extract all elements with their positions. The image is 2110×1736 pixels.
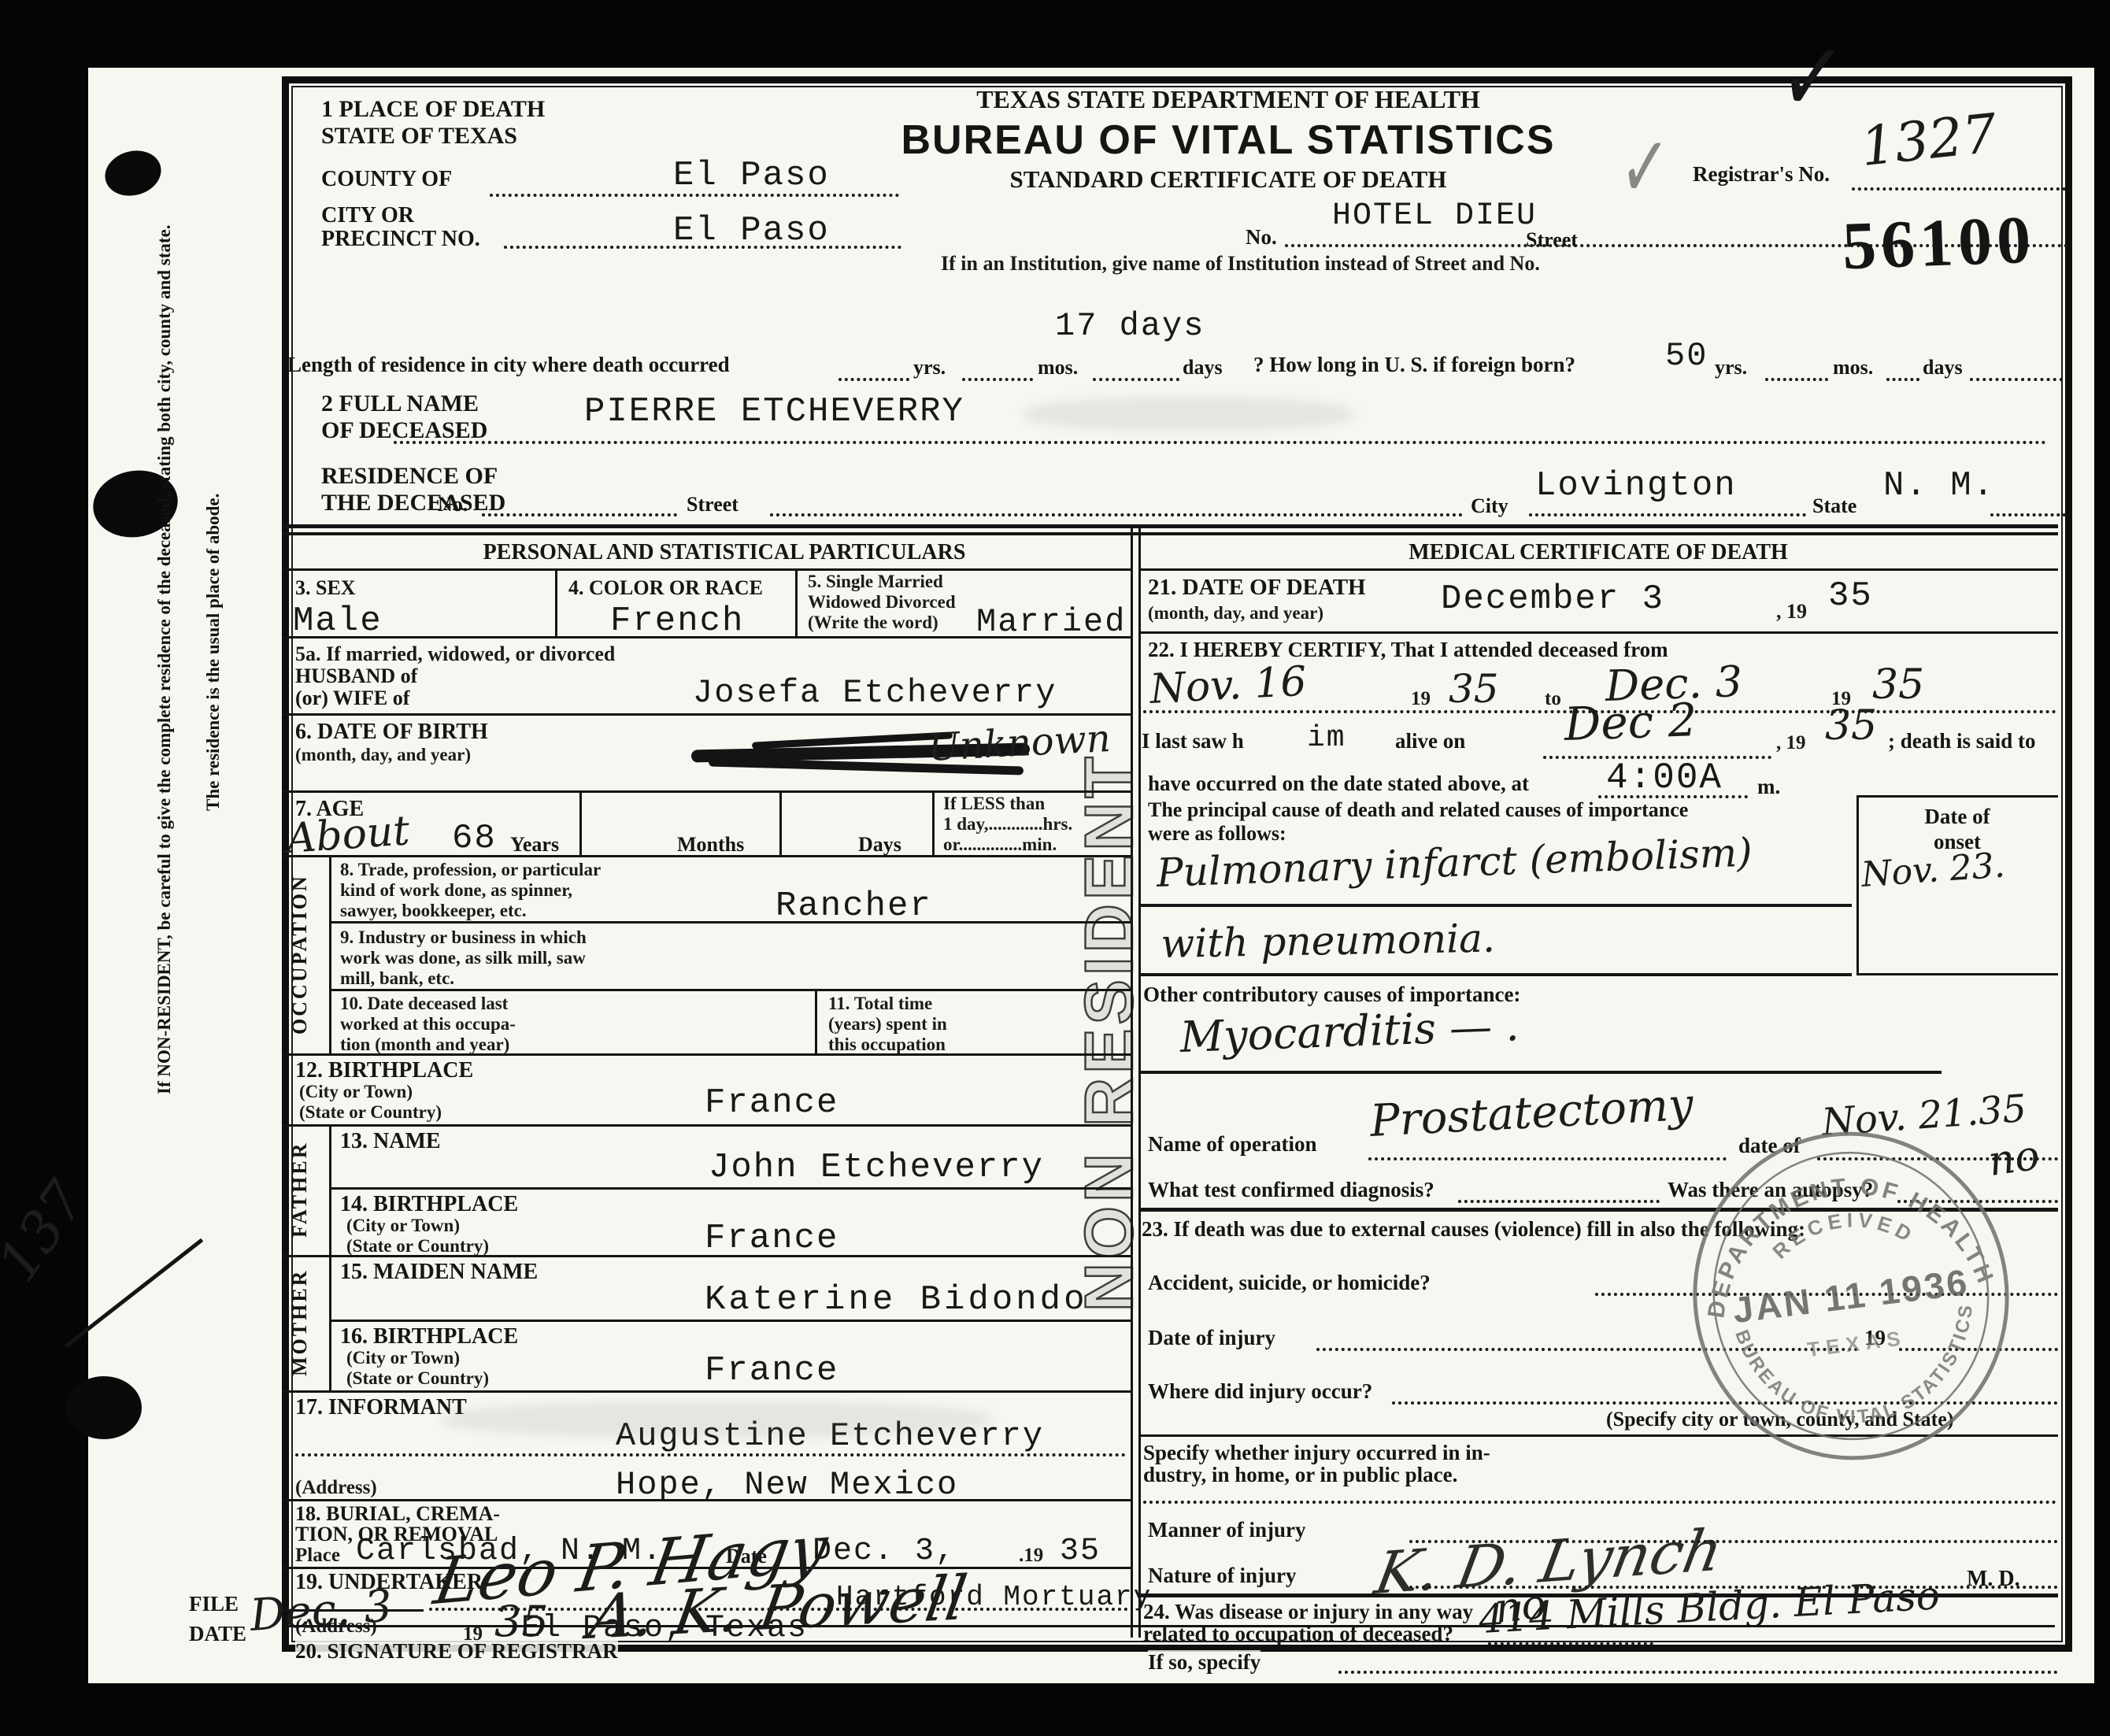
row-line-7 — [282, 1053, 1131, 1056]
stamp-date-text: JAN 11 1936 — [1731, 1261, 1971, 1331]
injury-specify1: Specify whether injury occurred in in- — [1143, 1441, 1490, 1465]
ifso-dline — [1338, 1671, 2058, 1674]
street-label: Street — [1526, 228, 1578, 252]
age-divider-2 — [779, 790, 782, 855]
q8-label-line2: kind of work done, as spinner, — [340, 880, 572, 901]
manner-label: Manner of injury — [1148, 1518, 1306, 1542]
father-side-rule — [329, 1124, 331, 1255]
specify-dline — [1143, 1501, 2056, 1504]
title-underline-left — [282, 568, 1131, 571]
registrar-no-label: Registrar's No. — [1693, 162, 1830, 187]
md-label: M. D. — [1967, 1567, 2020, 1592]
q15-label: 15. MAIDEN NAME — [340, 1260, 538, 1285]
age-less-line2: 1 day,............hrs. — [943, 814, 1072, 835]
foreign-born-label: ? How long in U. S. if foreign born? — [1253, 353, 1575, 377]
pen-checkmark-faint: ✓ — [1618, 116, 1672, 220]
age-divider-3 — [932, 790, 935, 855]
spouse-label3: (or) WIFE of — [295, 687, 409, 710]
q18-year-pre: .19 — [1019, 1545, 1043, 1567]
med-line-1 — [1138, 631, 2058, 634]
q8-label-line1: 8. Trade, profession, or particular — [340, 860, 601, 880]
city-or-label: CITY OR — [321, 203, 414, 228]
occurred-m-label: m. — [1757, 775, 1780, 799]
attended-from-year: 35 — [1449, 666, 1499, 712]
residence-label1: RESIDENCE OF — [321, 463, 498, 490]
q12-label: 12. BIRTHPLACE — [295, 1058, 473, 1083]
race-marital-divider — [795, 568, 798, 636]
q18-date-value: Dec. 3, — [813, 1534, 956, 1569]
frame-bottom-inner-line — [285, 1625, 2055, 1627]
q18-place-label: Place — [295, 1545, 340, 1567]
section-rule-bottom — [282, 532, 2058, 535]
county-value: El Paso — [673, 156, 830, 195]
q14-sub1: (City or Town) — [346, 1216, 460, 1236]
race-label: 4. COLOR OR RACE — [568, 576, 763, 600]
title-underline-right — [1138, 568, 2058, 571]
foreign-line2 — [1886, 378, 1919, 381]
q17-address-value: Hope, New Mexico — [616, 1466, 958, 1504]
hole-punch — [66, 1376, 142, 1439]
race-value: French — [610, 601, 744, 641]
q10-label-line2: worked at this occupa- — [340, 1014, 516, 1035]
marital-value: Married — [976, 603, 1126, 641]
res-street-label: Street — [687, 493, 738, 516]
row-line-11 — [329, 1320, 1131, 1322]
row-line-10 — [282, 1255, 1131, 1257]
dob-label: 6. DATE OF BIRTH — [295, 720, 488, 745]
received-stamp: DEPARTMENT OF HEALTH RECEIVED JAN 11 193… — [1662, 1101, 2041, 1490]
q21-value: December 3 — [1441, 579, 1664, 619]
onset-box-rule — [1856, 795, 1859, 973]
age-divider-1 — [579, 790, 582, 855]
q10-label-line1: 10. Date deceased last — [340, 994, 508, 1014]
age-less-line3: or..............min. — [943, 835, 1057, 855]
q22-label: 22. I HEREBY CERTIFY, That I attended de… — [1148, 638, 1668, 662]
personal-section-title: PERSONAL AND STATISTICAL PARTICULARS — [331, 540, 1118, 565]
q14-label: 14. BIRTHPLACE — [340, 1192, 518, 1217]
med-line-4 — [1138, 1071, 1942, 1074]
attended-from-handwritten: Nov. 16 — [1149, 658, 1308, 713]
mother-side-label: MOTHER — [288, 1255, 326, 1390]
q24-dline — [1488, 1642, 1653, 1645]
med-line-3 — [1138, 973, 1852, 976]
onset-label1: Date of — [1863, 805, 2052, 829]
foreign-line1 — [1765, 378, 1828, 381]
cause2-handwritten: with pneumonia. — [1160, 916, 1495, 967]
age-days-label: Days — [858, 833, 901, 857]
q21-year-pre: , 19 — [1776, 600, 1807, 624]
cert-title: STANDARD CERTIFICATE OF DEATH — [905, 165, 1551, 194]
res-city-line — [1529, 513, 1806, 516]
q12-value: France — [705, 1083, 838, 1123]
attended-to-year: 35 — [1872, 661, 1924, 709]
lastsaw-year-pre: , 19 — [1776, 732, 1806, 754]
row-line-2 — [282, 713, 1131, 716]
bleedthrough-smudge — [1024, 398, 1354, 431]
q15-value: Katerine Bidondo — [705, 1280, 1087, 1320]
fullname-value: PIERRE ETCHEVERRY — [584, 392, 964, 431]
q13-label: 13. NAME — [340, 1129, 441, 1154]
pen-checkmark: ✓ — [1775, 15, 1850, 140]
yrs-label-2: yrs. — [1715, 356, 1747, 379]
res-no-line — [482, 513, 677, 516]
residence-length-line1 — [838, 378, 909, 381]
ifso-label: If so, specify — [1148, 1650, 1260, 1675]
precinct-no-label: PRECINCT NO. — [321, 227, 480, 252]
q9-label-line3: mill, bank, etc. — [340, 968, 454, 989]
residence-length-label: Length of residence in city where death … — [287, 353, 730, 377]
margin-note-line2: The residence is the usual place of abod… — [203, 339, 238, 811]
q21-year-value: 35 — [1828, 576, 1873, 616]
street-value: HOTEL DIEU — [1332, 198, 1537, 234]
lastsaw-value: Dec 2 — [1564, 693, 1698, 751]
q14-value: France — [705, 1219, 838, 1258]
lastsaw-label3: ; death is said to — [1888, 729, 2036, 753]
q21-label: 21. DATE OF DEATH — [1148, 575, 1366, 601]
q16-sub2: (State or Country) — [346, 1368, 489, 1389]
row-line-1 — [282, 636, 1131, 639]
state-of-texas-label: STATE OF TEXAS — [321, 123, 517, 150]
occurred-time: 4:00A — [1606, 757, 1723, 798]
q20-label: 20. SIGNATURE OF REGISTRAR — [295, 1639, 618, 1664]
lastsaw-him: im — [1307, 721, 1346, 755]
county-label: COUNTY OF — [321, 167, 452, 192]
registrar-no-line — [1852, 187, 2066, 191]
lastsaw-label1: I last saw h — [1142, 729, 1244, 753]
q8-label-line3: sawyer, bookkeeper, etc. — [340, 901, 527, 921]
onset-box-topline — [1856, 795, 2058, 798]
marital-label-line3: (Write the word) — [808, 613, 938, 633]
father-side-label: FATHER — [288, 1124, 326, 1255]
street-no-label: No. — [1246, 225, 1277, 250]
q11-label-line1: 11. Total time — [828, 994, 932, 1014]
mother-side-rule — [329, 1255, 331, 1390]
row-line-8 — [282, 1124, 1131, 1127]
attended-to-label: to — [1545, 688, 1561, 710]
row-line-4 — [282, 855, 1131, 857]
days-label-2: days — [1923, 356, 1963, 379]
q18-year-value: 35 — [1060, 1534, 1101, 1569]
spouse-label1: 5a. If married, widowed, or divorced — [295, 642, 615, 666]
file-date-handwritten: Dec. 3 — [248, 1581, 394, 1642]
q17-address-label: (Address) — [295, 1477, 377, 1499]
stamp-state-text: TEXAS — [1806, 1326, 1908, 1361]
row-line-5 — [329, 921, 1131, 924]
q12-sub1: (City or Town) — [299, 1082, 413, 1102]
row-line-9 — [329, 1187, 1131, 1190]
medical-section-title: MEDICAL CERTIFICATE OF DEATH — [1181, 540, 2016, 565]
res-state-line — [1990, 513, 2066, 516]
foreign-born-value: 50 — [1665, 337, 1708, 375]
q10-q11-divider — [815, 989, 817, 1053]
city-line — [504, 246, 901, 249]
days-label-1: days — [1183, 356, 1223, 379]
margin-note-line1: If NON-RESIDENT, be careful to give the … — [154, 79, 192, 1094]
mos-label-1: mos. — [1038, 356, 1078, 379]
nature-label: Nature of injury — [1148, 1564, 1297, 1588]
foreign-line3 — [1970, 378, 2063, 381]
row-line-6 — [329, 989, 1131, 991]
margin-number-handwritten: 137 — [0, 1170, 98, 1293]
age-value: 68 — [452, 819, 497, 858]
q14-sub2: (State or Country) — [346, 1236, 489, 1257]
county-line — [490, 194, 899, 197]
yrs-label-1: yrs. — [913, 356, 946, 379]
spouse-label2: HUSBAND of — [295, 664, 417, 688]
spouse-value: Josefa Etcheverry — [693, 674, 1057, 712]
q16-sub1: (City or Town) — [346, 1348, 460, 1368]
age-months-label: Months — [677, 833, 744, 857]
q9-label-line1: 9. Industry or business in which — [340, 927, 587, 948]
fullname-label1: 2 FULL NAME — [321, 391, 479, 417]
institution-note: If in an Institution, give name of Insti… — [941, 252, 1540, 276]
residence-length-line3 — [1093, 378, 1179, 381]
q12-sub2: (State or Country) — [299, 1102, 442, 1123]
q9-label-line2: work was done, as silk mill, saw — [340, 948, 586, 968]
file-year-handwritten: 35 — [494, 1597, 549, 1646]
scanned-death-certificate: If NON-RESIDENT, be careful to give the … — [0, 0, 2110, 1736]
date-label: DATE — [189, 1622, 246, 1646]
q10-label-line3: tion (month and year) — [340, 1035, 509, 1055]
q13-value: John Etcheverry — [709, 1148, 1044, 1187]
occurred-label: have occurred on the date stated above, … — [1148, 772, 1529, 796]
res-city-label: City — [1471, 494, 1508, 518]
med-line-2 — [1138, 904, 1852, 907]
q11-label-line2: (years) spent in — [828, 1014, 947, 1035]
occupation-side-label: OCCUPATION — [288, 855, 326, 1053]
age-less-line1: If LESS than — [943, 794, 1045, 814]
attended-from-year-pre: 19 — [1411, 688, 1431, 710]
test-dline — [1458, 1200, 1660, 1203]
q17-line — [295, 1453, 1126, 1457]
fullname-label2: OF DECEASED — [321, 417, 487, 444]
occupation-side-rule — [329, 855, 331, 1053]
bleedthrough-smudge-2 — [441, 1401, 992, 1438]
res-state-value: N. M. — [1883, 466, 1995, 505]
res-city-value: Lovington — [1535, 466, 1737, 505]
lastsaw-label2: alive on — [1395, 729, 1465, 753]
fullname-line — [394, 441, 2047, 444]
age-years-label: Years — [510, 833, 559, 857]
certificate-number: 56100 — [1841, 200, 2036, 285]
q16-label: 16. BIRTHPLACE — [340, 1324, 518, 1349]
mos-label-2: mos. — [1833, 356, 1873, 379]
injury-specify2: dustry, in home, or in public place. — [1143, 1463, 1457, 1487]
sex-race-divider — [555, 568, 557, 636]
marital-label-line1: 5. Single Married — [808, 572, 943, 592]
row-line-13 — [282, 1499, 1131, 1501]
dept-title: TEXAS STATE DEPARTMENT OF HEALTH — [905, 85, 1551, 114]
res-street-line — [770, 513, 1463, 516]
non-resident-stamp: NON RESIDENT — [1071, 779, 1194, 1312]
section-rule-top — [282, 524, 2058, 528]
principal-label1: The principal cause of death and related… — [1148, 798, 1688, 822]
residence-length-value: 17 days — [1055, 307, 1205, 345]
sex-label: 3. SEX — [295, 576, 356, 600]
residence-label2: THE DECEASED — [321, 490, 505, 516]
bureau-title: BUREAU OF VITAL STATISTICS — [858, 117, 1598, 164]
lastsaw-year: 35 — [1825, 702, 1877, 750]
marital-label-line2: Widowed Divorced — [808, 592, 956, 613]
q8-value: Rancher — [776, 887, 932, 926]
file-label: FILE — [189, 1592, 239, 1616]
q16-value: France — [705, 1351, 838, 1390]
place-of-death-label: 1 PLACE OF DEATH — [321, 96, 545, 123]
q21-sub: (month, day, and year) — [1148, 603, 1323, 624]
res-no-label: No. — [438, 493, 468, 516]
dob-sub-label: (month, day, and year) — [295, 745, 471, 765]
residence-length-line2 — [962, 378, 1033, 381]
res-state-label: State — [1812, 494, 1856, 518]
q11-label-line3: this occupation — [828, 1035, 946, 1055]
injury-where-label: Where did injury occur? — [1148, 1379, 1372, 1404]
injury-date-label: Date of injury — [1148, 1326, 1275, 1350]
row-line-12 — [282, 1390, 1131, 1393]
med-line-3b — [1856, 973, 2058, 975]
sex-value: Male — [293, 601, 383, 641]
row-line-3 — [282, 790, 1131, 793]
city-value: El Paso — [673, 211, 830, 250]
